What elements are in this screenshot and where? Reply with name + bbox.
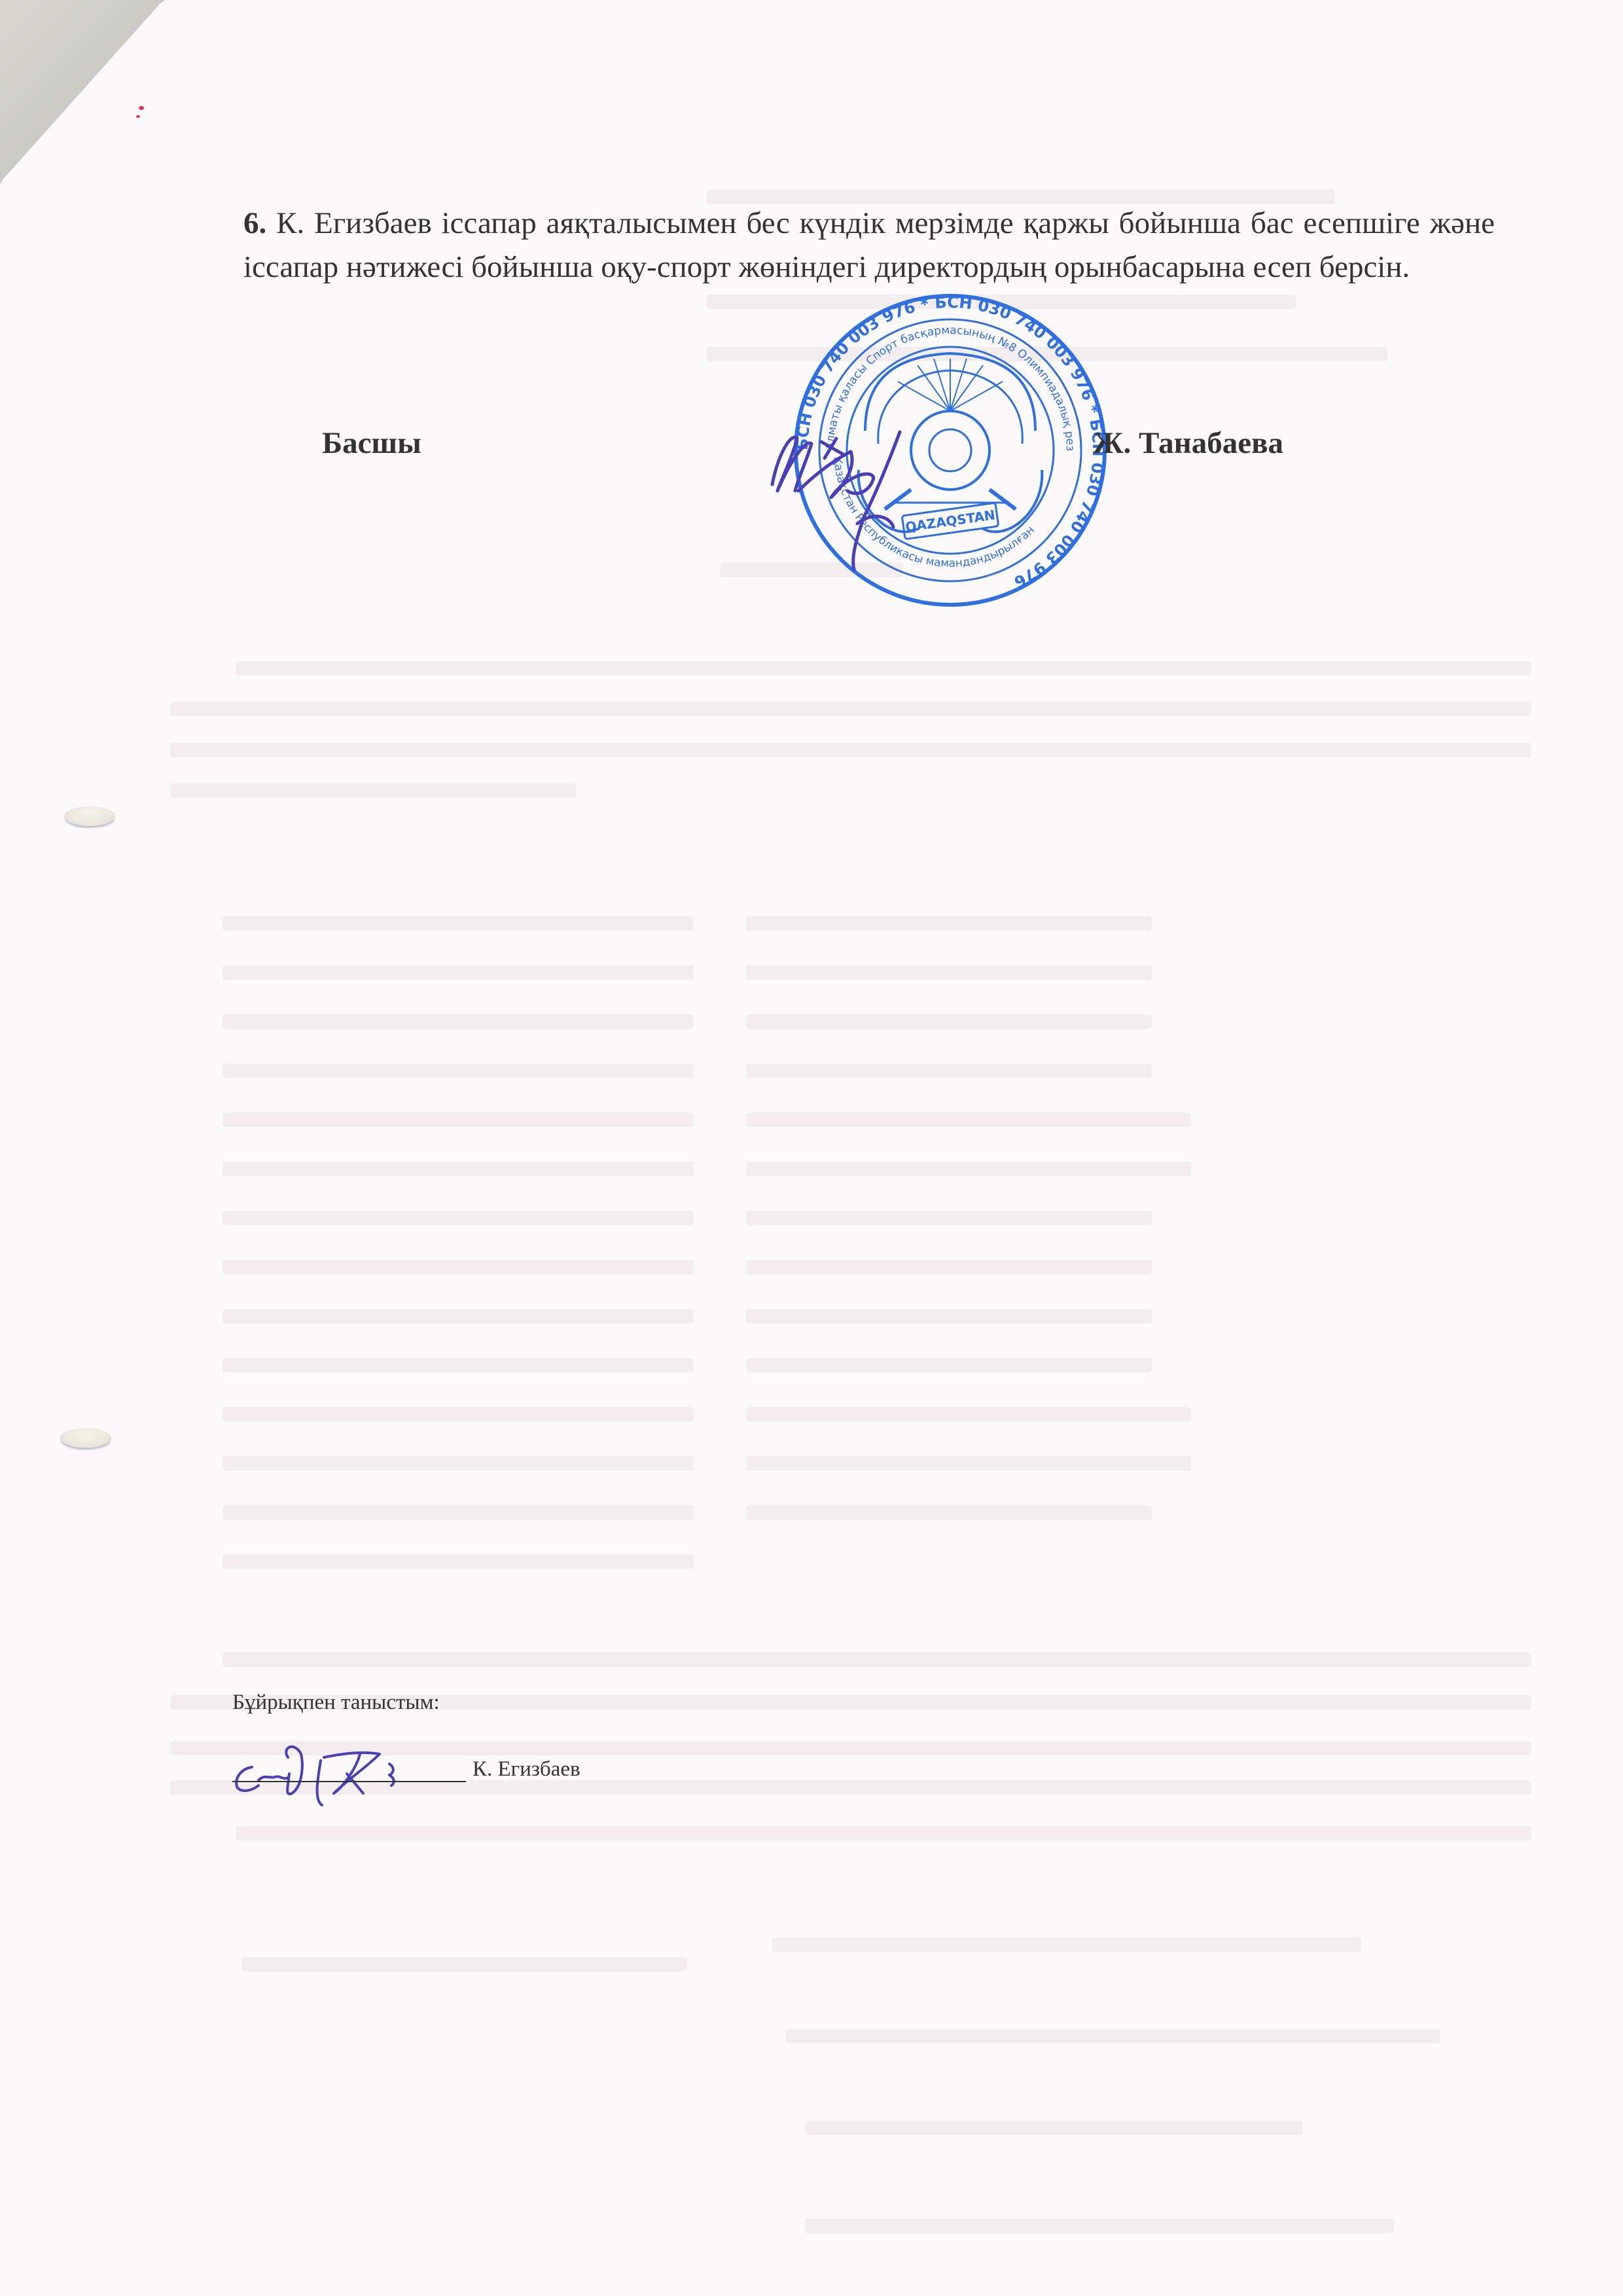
head-signature	[759, 393, 955, 589]
ink-speck	[139, 106, 144, 110]
document-page: 6. К. Егизбаев іссапар аяқталысымен бес …	[0, 0, 1623, 2296]
hole-punch-mark	[64, 806, 115, 826]
hole-punch-mark	[60, 1428, 111, 1448]
item-text: К. Егизбаев іссапар аяқталысымен бес күн…	[243, 206, 1495, 284]
signatory-name: Ж. Танабаева	[1093, 425, 1283, 461]
acknowledgement-signature	[229, 1728, 445, 1806]
acknowledgement-label: Бұйрықпен таныстым:	[232, 1691, 440, 1715]
folded-corner	[0, 0, 160, 180]
item-number: 6.	[243, 206, 266, 240]
ink-speck	[136, 115, 140, 118]
order-item-6: 6. К. Егизбаев іссапар аяқталысымен бес …	[243, 202, 1495, 289]
signatory-title: Басшы	[322, 425, 421, 461]
acknowledgement-name: К. Егизбаев	[473, 1757, 580, 1782]
acknowledgement-signature-line	[232, 1781, 466, 1782]
